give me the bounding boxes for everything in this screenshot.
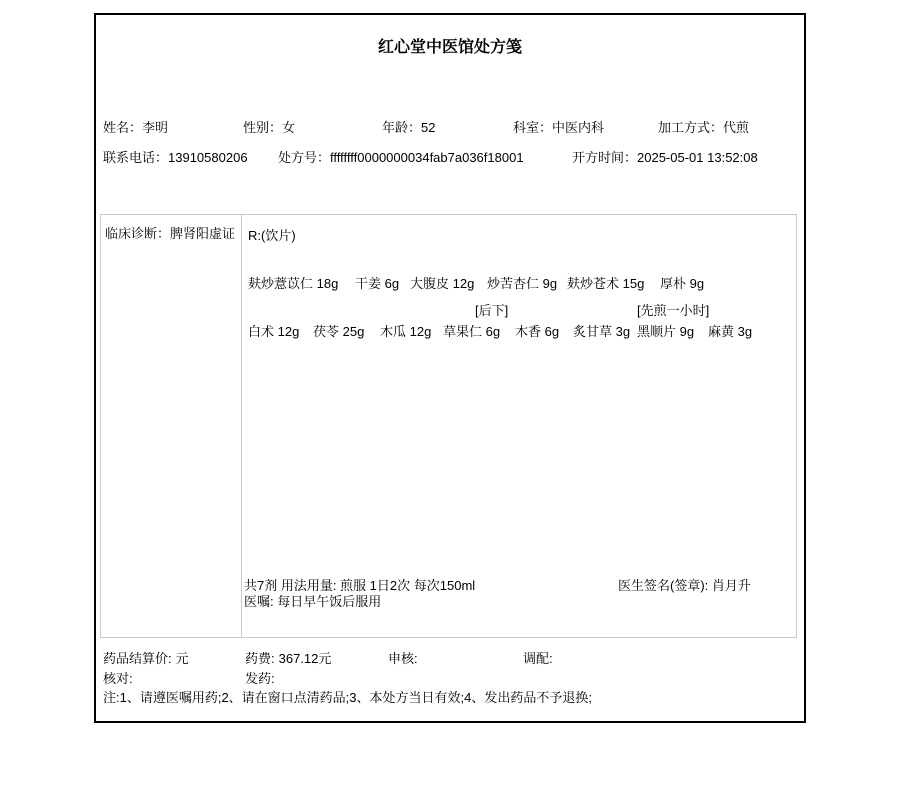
fee-field: 药费:367.12元 [245,651,331,667]
herb-item: 草果仁 6g [443,324,500,340]
herb-item: 大腹皮 12g [410,276,474,292]
herb-item: 干姜 6g [355,276,399,292]
prescription-body-box: 临床诊断：脾肾阳虚证 R:(饮片) 麸炒薏苡仁 18g 干姜 6g 大腹皮 12… [100,214,797,638]
fee-label: 药费: [245,651,275,666]
check-field: 核对: [103,671,133,687]
processing-method-label: 加工方式： [658,120,723,135]
prescription-page: 红心堂中医馆处方笺 姓名：李明 性别：女 年龄：52 科室：中医内科 加工方式：… [0,0,900,800]
department-value: 中医内科 [552,120,604,135]
herb-item: 炙甘草 3g [573,324,630,340]
doctor-signature-label: 医生签名(签章): [618,578,708,593]
herb-item: 白术 12g [248,324,299,340]
annotation-hou-xia: [后下] [475,303,508,319]
patient-gender-label: 性别： [243,120,282,135]
patient-name-field: 姓名：李明 [103,120,168,136]
settle-price-label: 药品结算价: [103,651,172,666]
phone-label: 联系电话： [103,150,168,165]
doctor-signature-field: 医生签名(签章): 肖月升 [618,578,751,594]
settle-price-field: 药品结算价:元 [103,651,189,667]
patient-age-label: 年龄： [382,120,421,135]
rx-cell: R:(饮片) 麸炒薏苡仁 18g 干姜 6g 大腹皮 12g 炒苦杏仁 9g 麸… [243,215,796,637]
dosage-summary: 共7剂 用法用量: 煎服 1日2次 每次150ml [244,578,475,594]
issue-time-value: 2025-05-01 13:52:08 [637,150,758,165]
medical-advice: 医嘱: 每日早午饭后服用 [244,594,381,610]
fee-value: 367.12元 [279,651,332,666]
herb-item: 麸炒苍术 15g [567,276,644,292]
patient-name-label: 姓名： [103,120,142,135]
phone-field: 联系电话：13910580206 [103,150,248,166]
herb-item: 木香 6g [515,324,559,340]
rx-number-label: 处方号： [278,150,330,165]
herb-item: 厚朴 9g [660,276,704,292]
processing-method-field: 加工方式：代煎 [658,120,749,136]
patient-gender-value: 女 [282,120,295,135]
department-field: 科室：中医内科 [513,120,604,136]
footer-note: 注:1、请遵医嘱用药;2、请在窗口点清药品;3、本处方当日有效;4、发出药品不予… [103,690,592,706]
patient-age-field: 年龄：52 [382,120,435,136]
herb-item: 麻黄 3g [708,324,752,340]
rx-number-field: 处方号：ffffffff0000000034fab7a036f18001 [278,150,524,166]
herb-item: 茯苓 25g [313,324,364,340]
department-label: 科室： [513,120,552,135]
phone-value: 13910580206 [168,150,248,165]
review-field: 申核: [388,651,418,667]
diagnosis-label: 临床诊断： [105,226,170,241]
rx-number-value: ffffffff0000000034fab7a036f18001 [330,150,524,165]
settle-price-value: 元 [176,651,189,666]
issue-time-field: 开方时间：2025-05-01 13:52:08 [572,150,758,166]
rx-type-header: R:(饮片) [248,228,296,244]
page-title: 红心堂中医馆处方笺 [96,38,804,58]
herb-item: 黑顺片 9g [637,324,694,340]
patient-age-value: 52 [421,120,435,135]
herb-item: 木瓜 12g [380,324,431,340]
annotation-xian-jian: [先煎一小时] [637,303,709,319]
herb-item: 麸炒薏苡仁 18g [248,276,338,292]
processing-method-value: 代煎 [723,120,749,135]
doctor-signature-name: 肖月升 [712,578,751,593]
prescription-sheet: 红心堂中医馆处方笺 姓名：李明 性别：女 年龄：52 科室：中医内科 加工方式：… [94,13,806,723]
issue-field: 发药: [245,671,275,687]
dispense-field: 调配: [523,651,553,667]
patient-name-value: 李明 [142,120,168,135]
diagnosis-cell: 临床诊断：脾肾阳虚证 [101,215,242,637]
herb-item: 炒苦杏仁 9g [487,276,557,292]
diagnosis-value: 脾肾阳虚证 [170,226,235,241]
issue-time-label: 开方时间： [572,150,637,165]
patient-gender-field: 性别：女 [243,120,295,136]
